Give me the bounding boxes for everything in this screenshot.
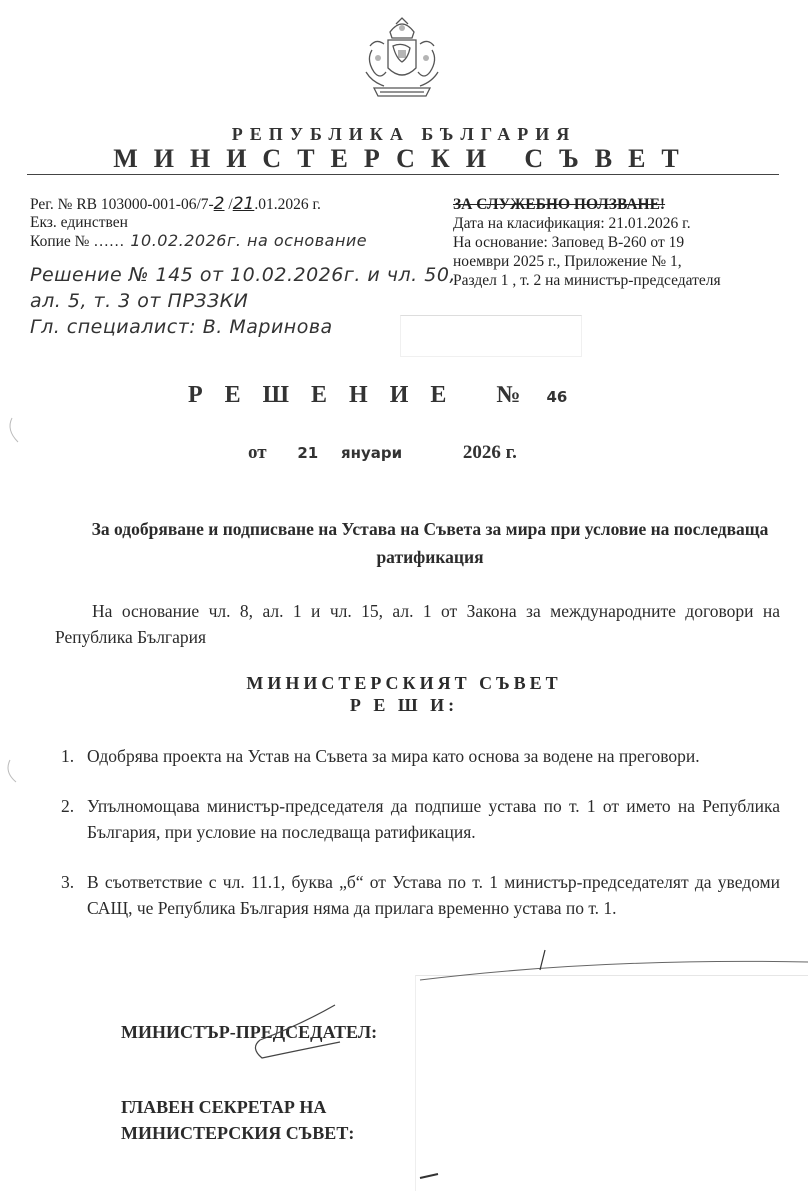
header-country: РЕПУБЛИКА БЪЛГАРИЯ <box>0 124 808 145</box>
item-number: 1. <box>55 743 87 769</box>
item-text: В съответствие с чл. 11.1, буква „б“ от … <box>87 869 780 921</box>
item-number: 3. <box>55 869 87 921</box>
registration-block: Рег. № RB 103000-001-06/7-2 /21.01.2026 … <box>30 195 367 251</box>
date-prefix: от <box>248 442 267 464</box>
decision-number: 46 <box>547 388 568 406</box>
item-text: Одобрява проекта на Устав на Съвета за м… <box>87 743 780 769</box>
list-item: 3. В съответствие с чл. 11.1, буква „б“ … <box>55 869 780 921</box>
handwritten-declassification-note: Решение № 145 от 10.02.2026г. и чл. 50, … <box>30 262 456 340</box>
coat-of-arms-icon <box>352 10 452 110</box>
copies-handwritten: 10.02.2026г. на основание <box>130 232 367 250</box>
decision-title-text: РЕШЕНИЕ № <box>188 382 543 408</box>
header-institution: МИНИСТЕРСКИ СЪВЕТ <box>0 144 808 174</box>
signature-secretary: ГЛАВЕН СЕКРЕТАР НА МИНИСТЕРСКИЯ СЪВЕТ: <box>121 1094 354 1146</box>
item-text: Упълномощава министър-председателя да по… <box>87 793 780 845</box>
date-year: 2026 г. <box>463 442 517 464</box>
council-resolves: МИНИСТЕРСКИЯТ СЪВЕТ Р Е Ш И: <box>0 672 808 716</box>
handnote-line: ал. 5, т. 3 от ПРЗЗКИ <box>30 288 456 314</box>
registration-number: Рег. № RB 103000-001-06/7-2 /21.01.2026 … <box>30 195 367 214</box>
council-name: МИНИСТЕРСКИЯТ СЪВЕТ <box>0 672 808 694</box>
reg-separator: / <box>225 196 233 213</box>
council-resolved: Р Е Ш И: <box>0 694 808 716</box>
decision-title: РЕШЕНИЕ №46 <box>188 382 567 409</box>
reg-handwritten-day: 21 <box>233 194 255 214</box>
classification-block: ЗА СЛУЖЕБНО ПОЛЗВАНЕ! Дата на класификац… <box>453 195 721 290</box>
paste-over-patch <box>400 315 582 357</box>
classification-date: Дата на класификация: 21.01.2026 г. <box>453 214 721 233</box>
classification-basis: На основание: Заповед В-260 от 19 <box>453 233 721 252</box>
classification-basis: ноември 2025 г., Приложение № 1, <box>453 252 721 271</box>
copy-label: Екз. единствен <box>30 214 367 232</box>
list-item: 1. Одобрява проекта на Устав на Съвета з… <box>55 743 780 769</box>
list-item: 2. Упълномощава министър-председателя да… <box>55 793 780 845</box>
copies-line: Копие № ……10.02.2026г. на основание <box>30 232 367 251</box>
handnote-line: Решение № 145 от 10.02.2026г. и чл. 50, <box>30 262 456 288</box>
copies-label: Копие № …… <box>30 233 124 250</box>
classification-label-struck: ЗА СЛУЖЕБНО ПОЛЗВАНЕ! <box>453 195 721 214</box>
date-day: 21 <box>297 444 318 462</box>
legal-basis: На основание чл. 8, ал. 1 и чл. 15, ал. … <box>55 598 780 650</box>
reg-suffix: .01.2026 г. <box>254 196 321 213</box>
date-month: януари <box>341 444 402 462</box>
reg-prefix: Рег. № RB 103000-001-06/7- <box>30 196 214 213</box>
signature-prime-minister: МИНИСТЪР-ПРЕДСЕДАТЕЛ: <box>121 1022 377 1043</box>
decision-date: от 21 януари 2026 г. <box>248 442 517 464</box>
decision-items: 1. Одобрява проекта на Устав на Съвета з… <box>55 743 780 945</box>
redaction-patch <box>415 975 808 1191</box>
secretary-title-line: ГЛАВЕН СЕКРЕТАР НА <box>121 1094 354 1120</box>
classification-basis: Раздел 1 , т. 2 на министър-председателя <box>453 271 721 290</box>
item-number: 2. <box>55 793 87 845</box>
reg-handwritten-number: 2 <box>214 194 225 214</box>
handnote-line: Гл. специалист: В. Маринова <box>30 314 456 340</box>
secretary-title-line: МИНИСТЕРСКИЯ СЪВЕТ: <box>121 1120 354 1146</box>
decision-subject: За одобряване и подписване на Устава на … <box>80 515 780 571</box>
header-divider <box>27 174 779 175</box>
